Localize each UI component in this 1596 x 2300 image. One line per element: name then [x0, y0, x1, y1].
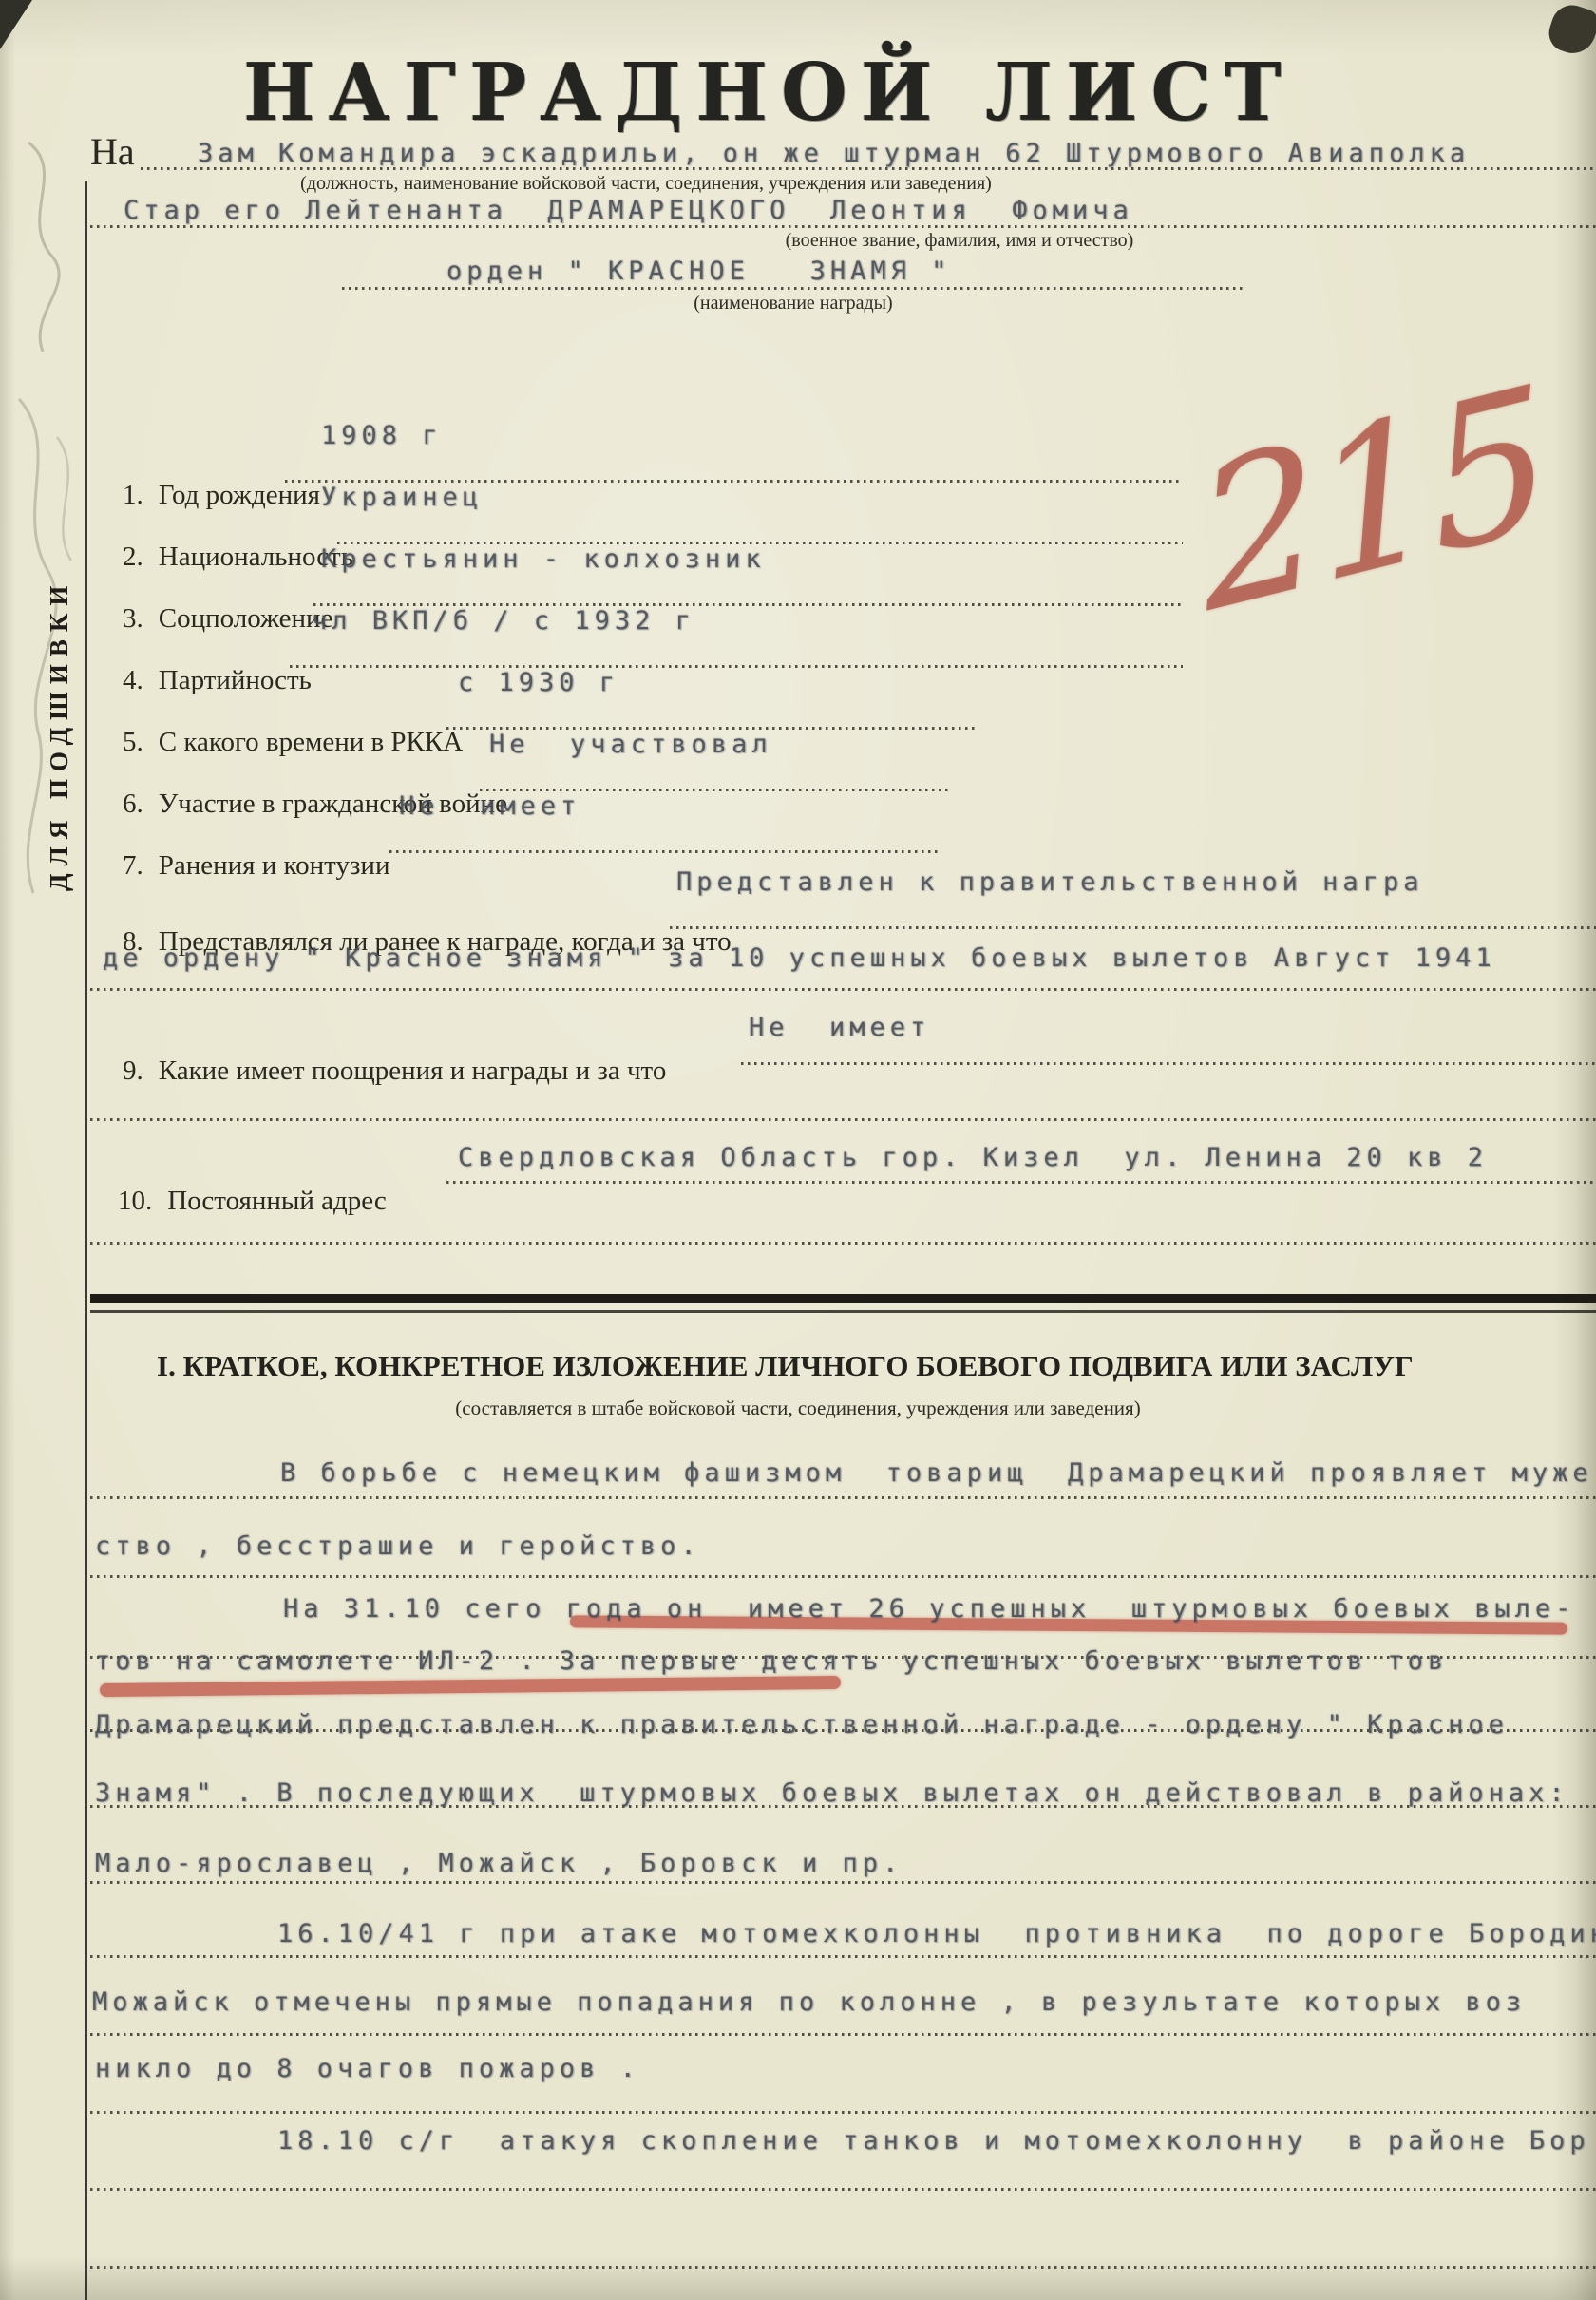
- dotted-rule: [90, 1118, 1596, 1121]
- body-line-7: Мало-ярославец , Можайск , Боровск и пр.: [95, 1849, 902, 1878]
- field-value-4: чл ВКП/б / с 1932 г: [312, 606, 695, 636]
- award-line-caption: (наименование награды): [556, 293, 1031, 314]
- dotted-rule: [90, 1575, 1596, 1578]
- field-value-8-line1: Представлен к правительственной награ: [676, 867, 1423, 897]
- dotted-rule: [90, 1496, 1596, 1499]
- dotted-rule: [741, 1062, 1596, 1065]
- body-line-1: В борьбе с немецким фашизмом товарищ Дра…: [280, 1458, 1596, 1488]
- name-line-caption: (военное звание, фамилия, имя и отчество…: [665, 230, 1254, 252]
- dotted-rule: [90, 2033, 1596, 2036]
- dotted-rule: [90, 988, 1596, 991]
- field-value-5: с 1930 г: [458, 668, 619, 697]
- section-divider-thick: [90, 1294, 1596, 1303]
- dotted-rule: [446, 1181, 1596, 1184]
- typed-name-line: Стар его Лейтенанта ДРАМАРЕЦКОГО Леонтия…: [123, 196, 1133, 225]
- field-label-9: 9.Какие имеет поощрения и награды и за ч…: [95, 1024, 666, 1118]
- dotted-rule: [90, 2111, 1596, 2114]
- body-line-3: На 31.10 сего года он имеет 26 успешных …: [283, 1594, 1575, 1624]
- body-line-6: Знамя" . В последующих штурмовых боевых …: [95, 1778, 1569, 1808]
- dotted-rule: [90, 1955, 1596, 1958]
- unit-line-caption: (должность, наименование войсковой части…: [218, 173, 1073, 195]
- preposition-na: На: [90, 129, 135, 174]
- dotted-rule: [389, 850, 940, 853]
- field-value-9: Не имеет: [749, 1013, 930, 1042]
- dotted-rule: [90, 225, 1596, 228]
- field-value-6: Не участвовал: [489, 730, 772, 759]
- body-line-9: Можайск отмечены прямые попадания по кол…: [92, 1987, 1526, 2017]
- body-line-11: 18.10 с/г атакуя скопление танков и мото…: [277, 2126, 1590, 2156]
- typed-unit-line: Зам Командира эскадрильи, он же штурман …: [198, 139, 1470, 168]
- field-value-7: Не имеет: [399, 791, 580, 821]
- section-heading: I. КРАТКОЕ, КОНКРЕТНОЕ ИЗЛОЖЕНИЕ ЛИЧНОГО…: [157, 1349, 1414, 1383]
- field-value-2: Украинец: [321, 483, 483, 512]
- field-value-3: Крестьянин - колхозник: [321, 544, 766, 574]
- dotted-rule: [141, 167, 1596, 170]
- corner-mark-top-right: [1544, 0, 1596, 59]
- red-pencil-archive-number: 215: [1188, 344, 1556, 656]
- dotted-rule: [670, 926, 1596, 929]
- binding-margin-label: ДЛЯ ПОДШИВКИ: [45, 579, 74, 891]
- body-line-2: ство , бесстрашие и геройство.: [95, 1531, 701, 1561]
- section-heading-caption: (составляется в штабе войсковой части, с…: [275, 1397, 1320, 1420]
- dotted-rule: [90, 2266, 1596, 2269]
- dotted-rule: [90, 1242, 1596, 1245]
- body-line-5: Драмарецкий представлен к правительствен…: [95, 1710, 1509, 1739]
- dotted-rule: [342, 287, 1244, 290]
- field-value-1: 1908 г: [321, 421, 443, 450]
- field-label-10: 10.Постоянный адрес: [90, 1154, 387, 1248]
- field-label-8: 8.Представлялся ли ранее к награде, когд…: [95, 895, 731, 989]
- award-sheet-scan: ДЛЯ ПОДШИВКИ НАГРАДНОЙ ЛИСТ На Зам Коман…: [0, 0, 1596, 2300]
- corner-mark-top-left: [0, 0, 32, 49]
- section-divider-thin: [90, 1310, 1596, 1313]
- typed-award-line: орден " КРАСНОЕ ЗНАМЯ ": [446, 257, 951, 286]
- field-value-8-line2: де ордену " Красное знамя " за 10 успешн…: [103, 943, 1496, 973]
- dotted-rule: [90, 2188, 1596, 2191]
- body-line-10: никло до 8 очагов пожаров .: [95, 2054, 640, 2083]
- body-line-8: 16.10/41 г при атаке мотомехколонны прот…: [277, 1919, 1596, 1948]
- body-line-4: тов на самолете ИЛ-2 . За первые десять …: [95, 1646, 1448, 1676]
- page-title: НАГРАДНОЙ ЛИСТ: [243, 46, 1295, 139]
- dotted-rule: [90, 1881, 1596, 1884]
- red-underline-2: [100, 1676, 841, 1697]
- dotted-rule: [290, 665, 1183, 668]
- field-value-10: Свердловская Область гор. Кизел ул. Лени…: [458, 1143, 1488, 1172]
- form-left-border: [85, 181, 87, 2300]
